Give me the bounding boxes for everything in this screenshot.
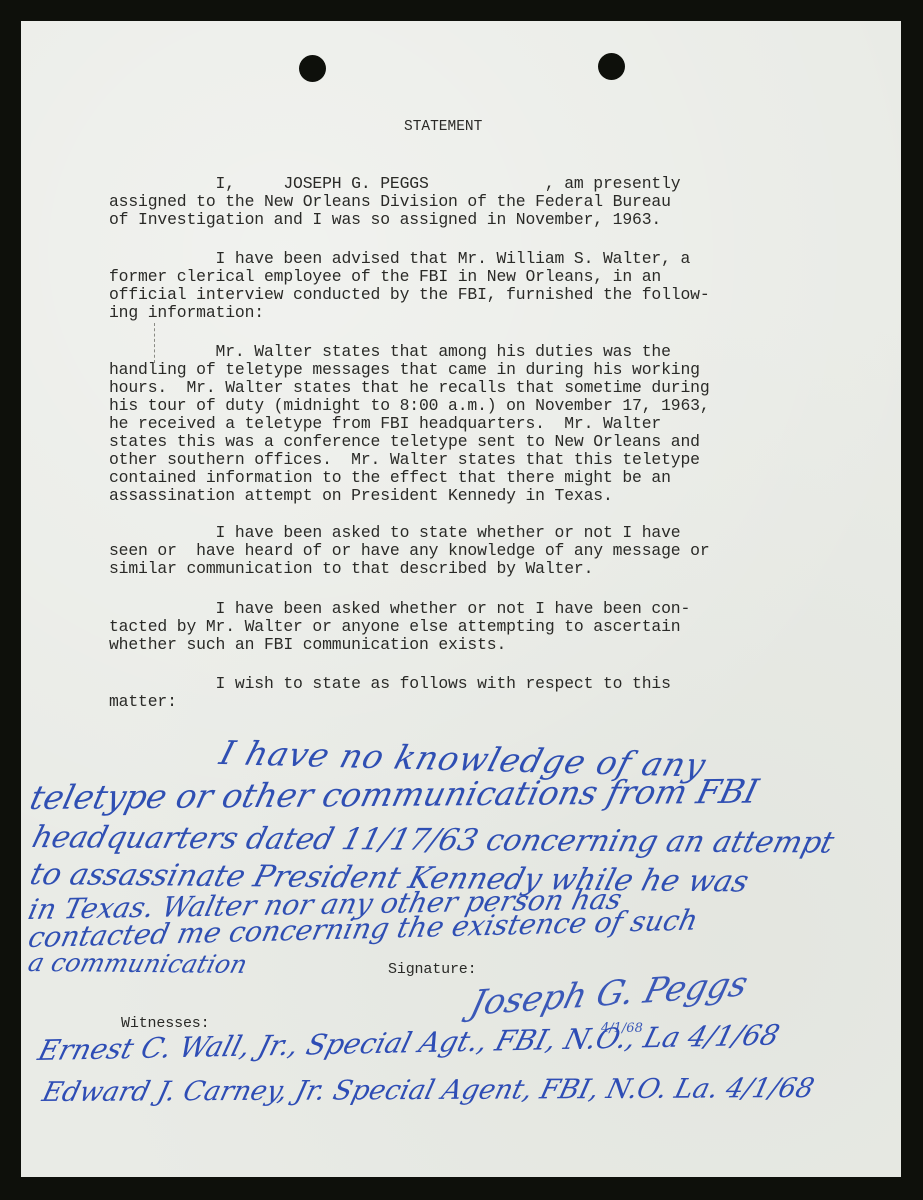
paragraph-2-line-3: official interview conducted by the FBI,… [109,286,710,304]
paragraph-2-line-1: I have been advised that Mr. William S. … [109,250,690,268]
paragraph-3-line-6: states this was a conference teletype se… [109,433,700,451]
paragraph-4-line-2: seen or have heard of or have any knowle… [109,542,710,560]
paragraph-3-line-3: hours. Mr. Walter states that he recalls… [109,379,710,397]
paragraph-1-line-2: assigned to the New Orleans Division of … [109,193,671,211]
witness-2: Edward J. Carney, Jr. Special Agent, FBI… [39,1073,817,1108]
paragraph-5-line-2: tacted by Mr. Walter or anyone else atte… [109,618,680,636]
paragraph-3-line-5: he received a teletype from FBI headquar… [109,415,661,433]
punch-hole-left [299,55,326,82]
document-title: STATEMENT [404,118,482,136]
paragraph-6-line-1: I wish to state as follows with respect … [109,675,671,693]
handwritten-line-2: teletype or other communications from FB… [26,772,762,817]
signature-label: Signature: [388,961,477,979]
paragraph-3-line-7: other southern offices. Mr. Walter state… [109,451,700,469]
document-page: STATEMENT I, JOSEPH G. PEGGS , am presen… [21,21,901,1177]
signature: Joseph G. Peggs [466,964,752,1024]
paragraph-4-line-3: similar communication to that described … [109,560,593,578]
paragraph-3-line-9: assassination attempt on President Kenne… [109,487,613,505]
paragraph-5-line-3: whether such an FBI communication exists… [109,636,506,654]
paragraph-4-line-1: I have been asked to state whether or no… [109,524,680,542]
paragraph-5-line-1: I have been asked whether or not I have … [109,600,690,618]
paragraph-3-line-1: Mr. Walter states that among his duties … [109,343,671,361]
punch-hole-right [598,53,625,80]
paragraph-3-line-4: his tour of duty (midnight to 8:00 a.m.)… [109,397,710,415]
handwritten-line-7: a communication [25,948,250,979]
paragraph-1-line-3: of Investigation and I was so assigned i… [109,211,661,229]
paragraph-6-line-2: matter: [109,693,177,711]
handwritten-line-3: headquarters dated 11/17/63 concerning a… [29,820,838,861]
paragraph-3-line-8: contained information to the effect that… [109,469,671,487]
paragraph-2-line-2: former clerical employee of the FBI in N… [109,268,661,286]
paragraph-3-line-2: handling of teletype messages that came … [109,361,700,379]
paragraph-1-line-1: I, JOSEPH G. PEGGS , am presently [109,175,680,193]
paragraph-2-line-4: ing information: [109,304,264,322]
